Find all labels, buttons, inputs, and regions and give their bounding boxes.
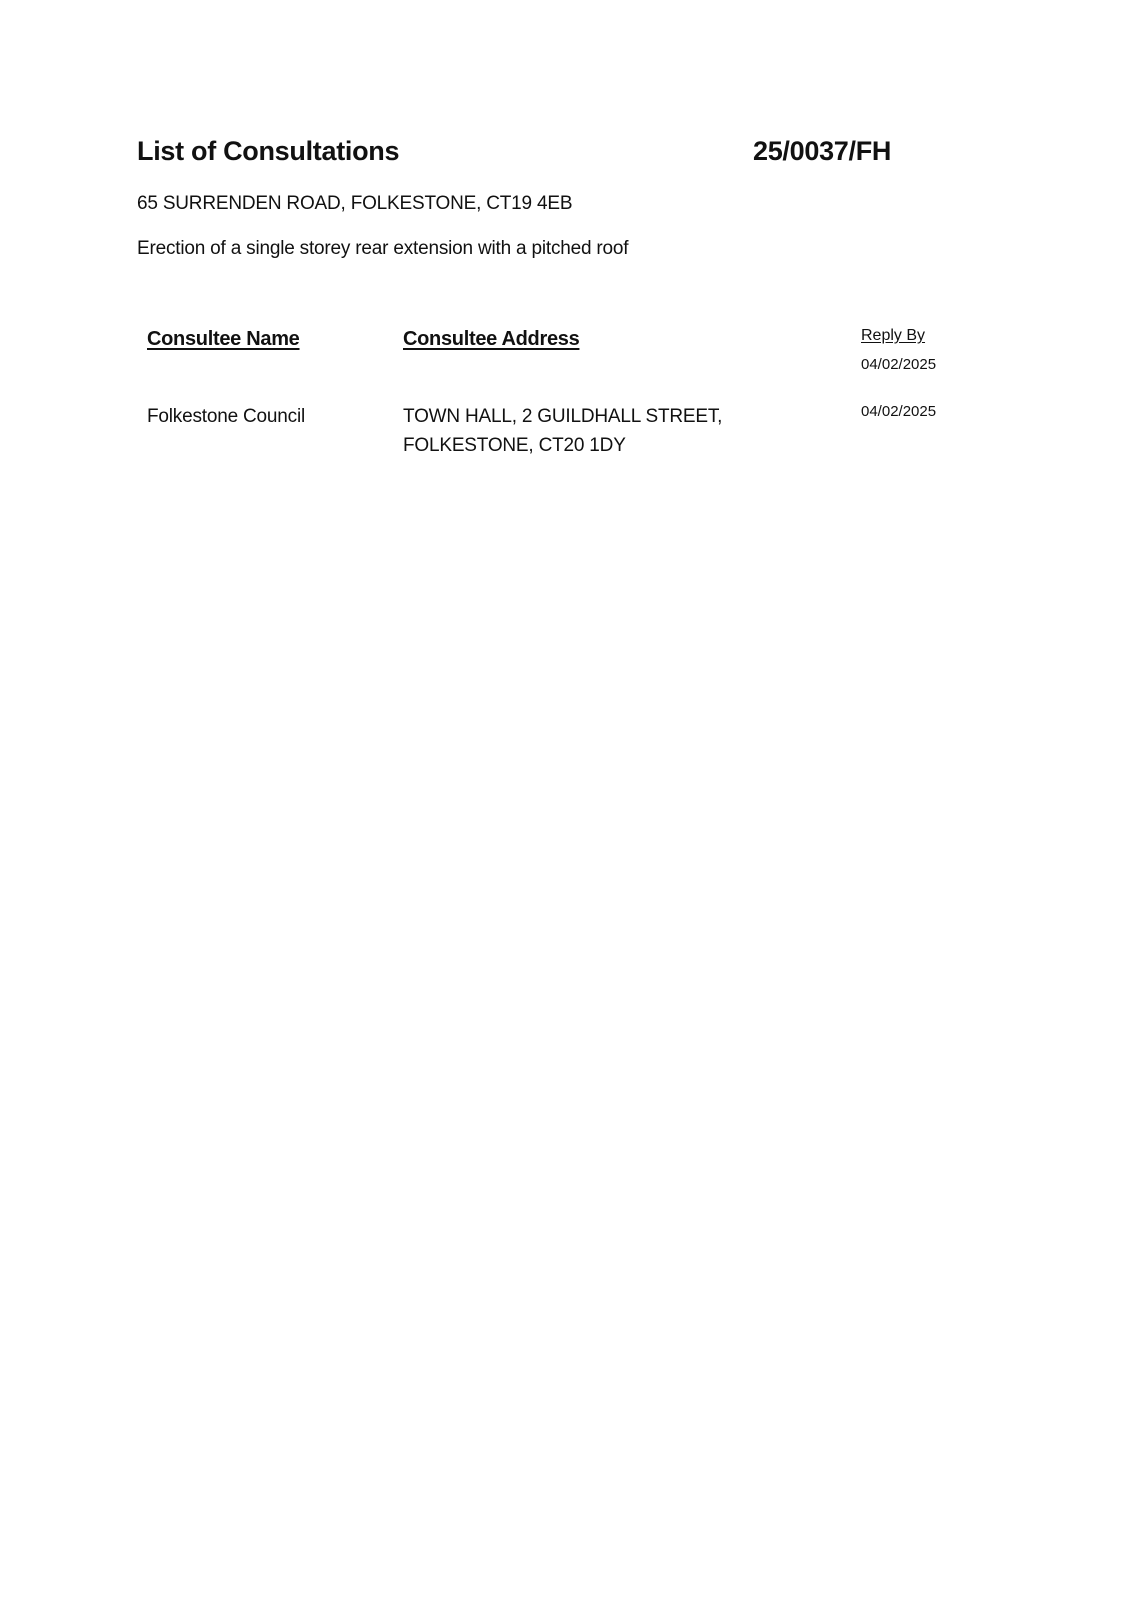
column-header-consultee-name: Consultee Name bbox=[147, 328, 300, 351]
column-header-reply-by: Reply By bbox=[861, 327, 925, 345]
reply-by-header-date: 04/02/2025 bbox=[861, 356, 936, 373]
consultee-address: TOWN HALL, 2 GUILDHALL STREET, FOLKESTON… bbox=[403, 402, 783, 460]
application-reference: 25/0037/FH bbox=[753, 136, 891, 167]
column-header-consultee-address: Consultee Address bbox=[403, 328, 579, 351]
consultee-address-line: FOLKESTONE, CT20 1DY bbox=[403, 431, 783, 460]
consultee-name: Folkestone Council bbox=[147, 402, 305, 431]
page-title: List of Consultations bbox=[137, 136, 399, 167]
reply-by-date: 04/02/2025 bbox=[861, 403, 936, 420]
consultee-address-line: TOWN HALL, 2 GUILDHALL STREET, bbox=[403, 402, 783, 431]
site-address: 65 SURRENDEN ROAD, FOLKESTONE, CT19 4EB bbox=[137, 193, 572, 215]
proposal-description: Erection of a single storey rear extensi… bbox=[137, 238, 628, 260]
